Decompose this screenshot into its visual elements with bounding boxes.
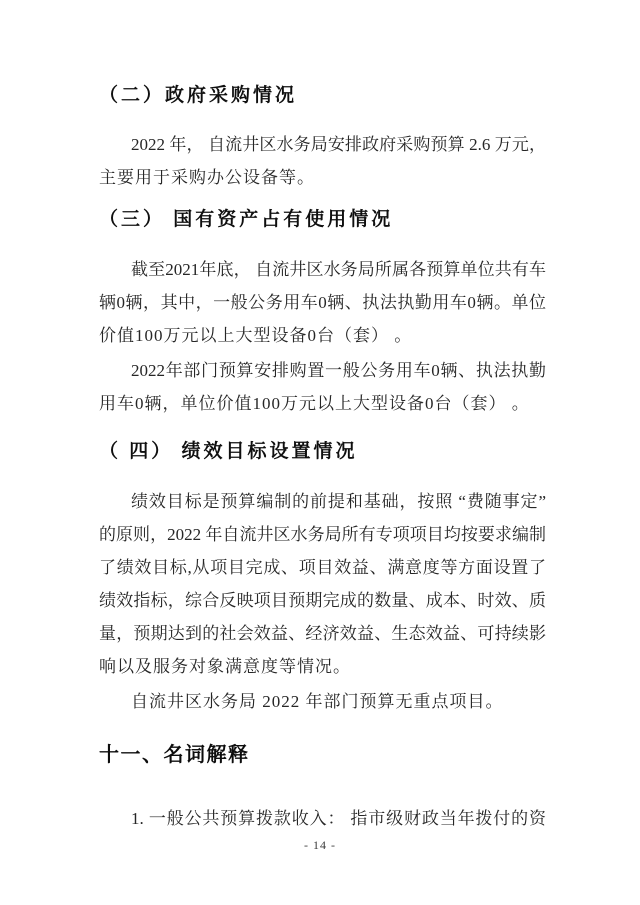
section-heading-procurement: （二）政府采购情况 (99, 84, 546, 108)
body-line: 用车0辆，单位价值100万元以上大型设备0台（套） 。 (99, 387, 546, 420)
paragraph-assets-current: 截至2021年底， 自流井区水务局所属各预算单位共有车 辆0辆，其中，一般公务用… (99, 253, 546, 352)
body-line: 自流井区水务局 2022 年部门预算无重点项目。 (99, 685, 546, 718)
body-line: 2022年部门预算安排购置一般公务用车0辆、执法执勤 (99, 354, 546, 387)
body-line: 主要用于采购办公设备等。 (99, 161, 546, 194)
section-heading-assets: （三） 国有资产占有使用情况 (99, 208, 546, 232)
paragraph-performance: 绩效目标是预算编制的前提和基础，按照 “费随事定” 的原则，2022 年自流井区… (99, 485, 546, 683)
body-line: 量，预期达到的社会效益、经济效益、生态效益、可持续影 (99, 617, 546, 650)
paragraph-no-key-projects: 自流井区水务局 2022 年部门预算无重点项目。 (99, 685, 546, 718)
paragraph-assets-budget: 2022年部门预算安排购置一般公务用车0辆、执法执勤 用车0辆，单位价值100万… (99, 354, 546, 420)
body-line: 的原则，2022 年自流井区水务局所有专项项目均按要求编制 (99, 518, 546, 551)
paragraph-glossary-item-1: 1. 一般公共预算拨款收入： 指市级财政当年拨付的资 (99, 802, 546, 835)
body-line: 截至2021年底， 自流井区水务局所属各预算单位共有车 (99, 253, 546, 286)
section-heading-performance: （ 四） 绩效目标设置情况 (99, 440, 546, 464)
paragraph-procurement: 2022 年， 自流井区水务局安排政府采购预算 2.6 万元， 主要用于采购办公… (99, 128, 546, 194)
body-line: 价值100万元以上大型设备0台（套） 。 (99, 319, 546, 352)
body-line: 响以及服务对象满意度等情况。 (99, 650, 546, 683)
body-line: 绩效目标是预算编制的前提和基础，按照 “费随事定” (99, 485, 546, 518)
body-line: 2022 年， 自流井区水务局安排政府采购预算 2.6 万元， (99, 128, 546, 161)
body-line: 绩效指标，综合反映项目预期完成的数量、成本、时效、质 (99, 584, 546, 617)
document-page: （二）政府采购情况 2022 年， 自流井区水务局安排政府采购预算 2.6 万元… (0, 0, 640, 905)
chapter-heading-glossary: 十一、名词解释 (99, 742, 546, 768)
body-line: 1. 一般公共预算拨款收入： 指市级财政当年拨付的资 (99, 802, 546, 835)
body-line: 了绩效目标,从项目完成、项目效益、满意度等方面设置了 (99, 551, 546, 584)
body-line: 辆0辆，其中，一般公务用车0辆、执法执勤用车0辆。单位 (99, 286, 546, 319)
page-number: - 14 - (0, 838, 640, 852)
